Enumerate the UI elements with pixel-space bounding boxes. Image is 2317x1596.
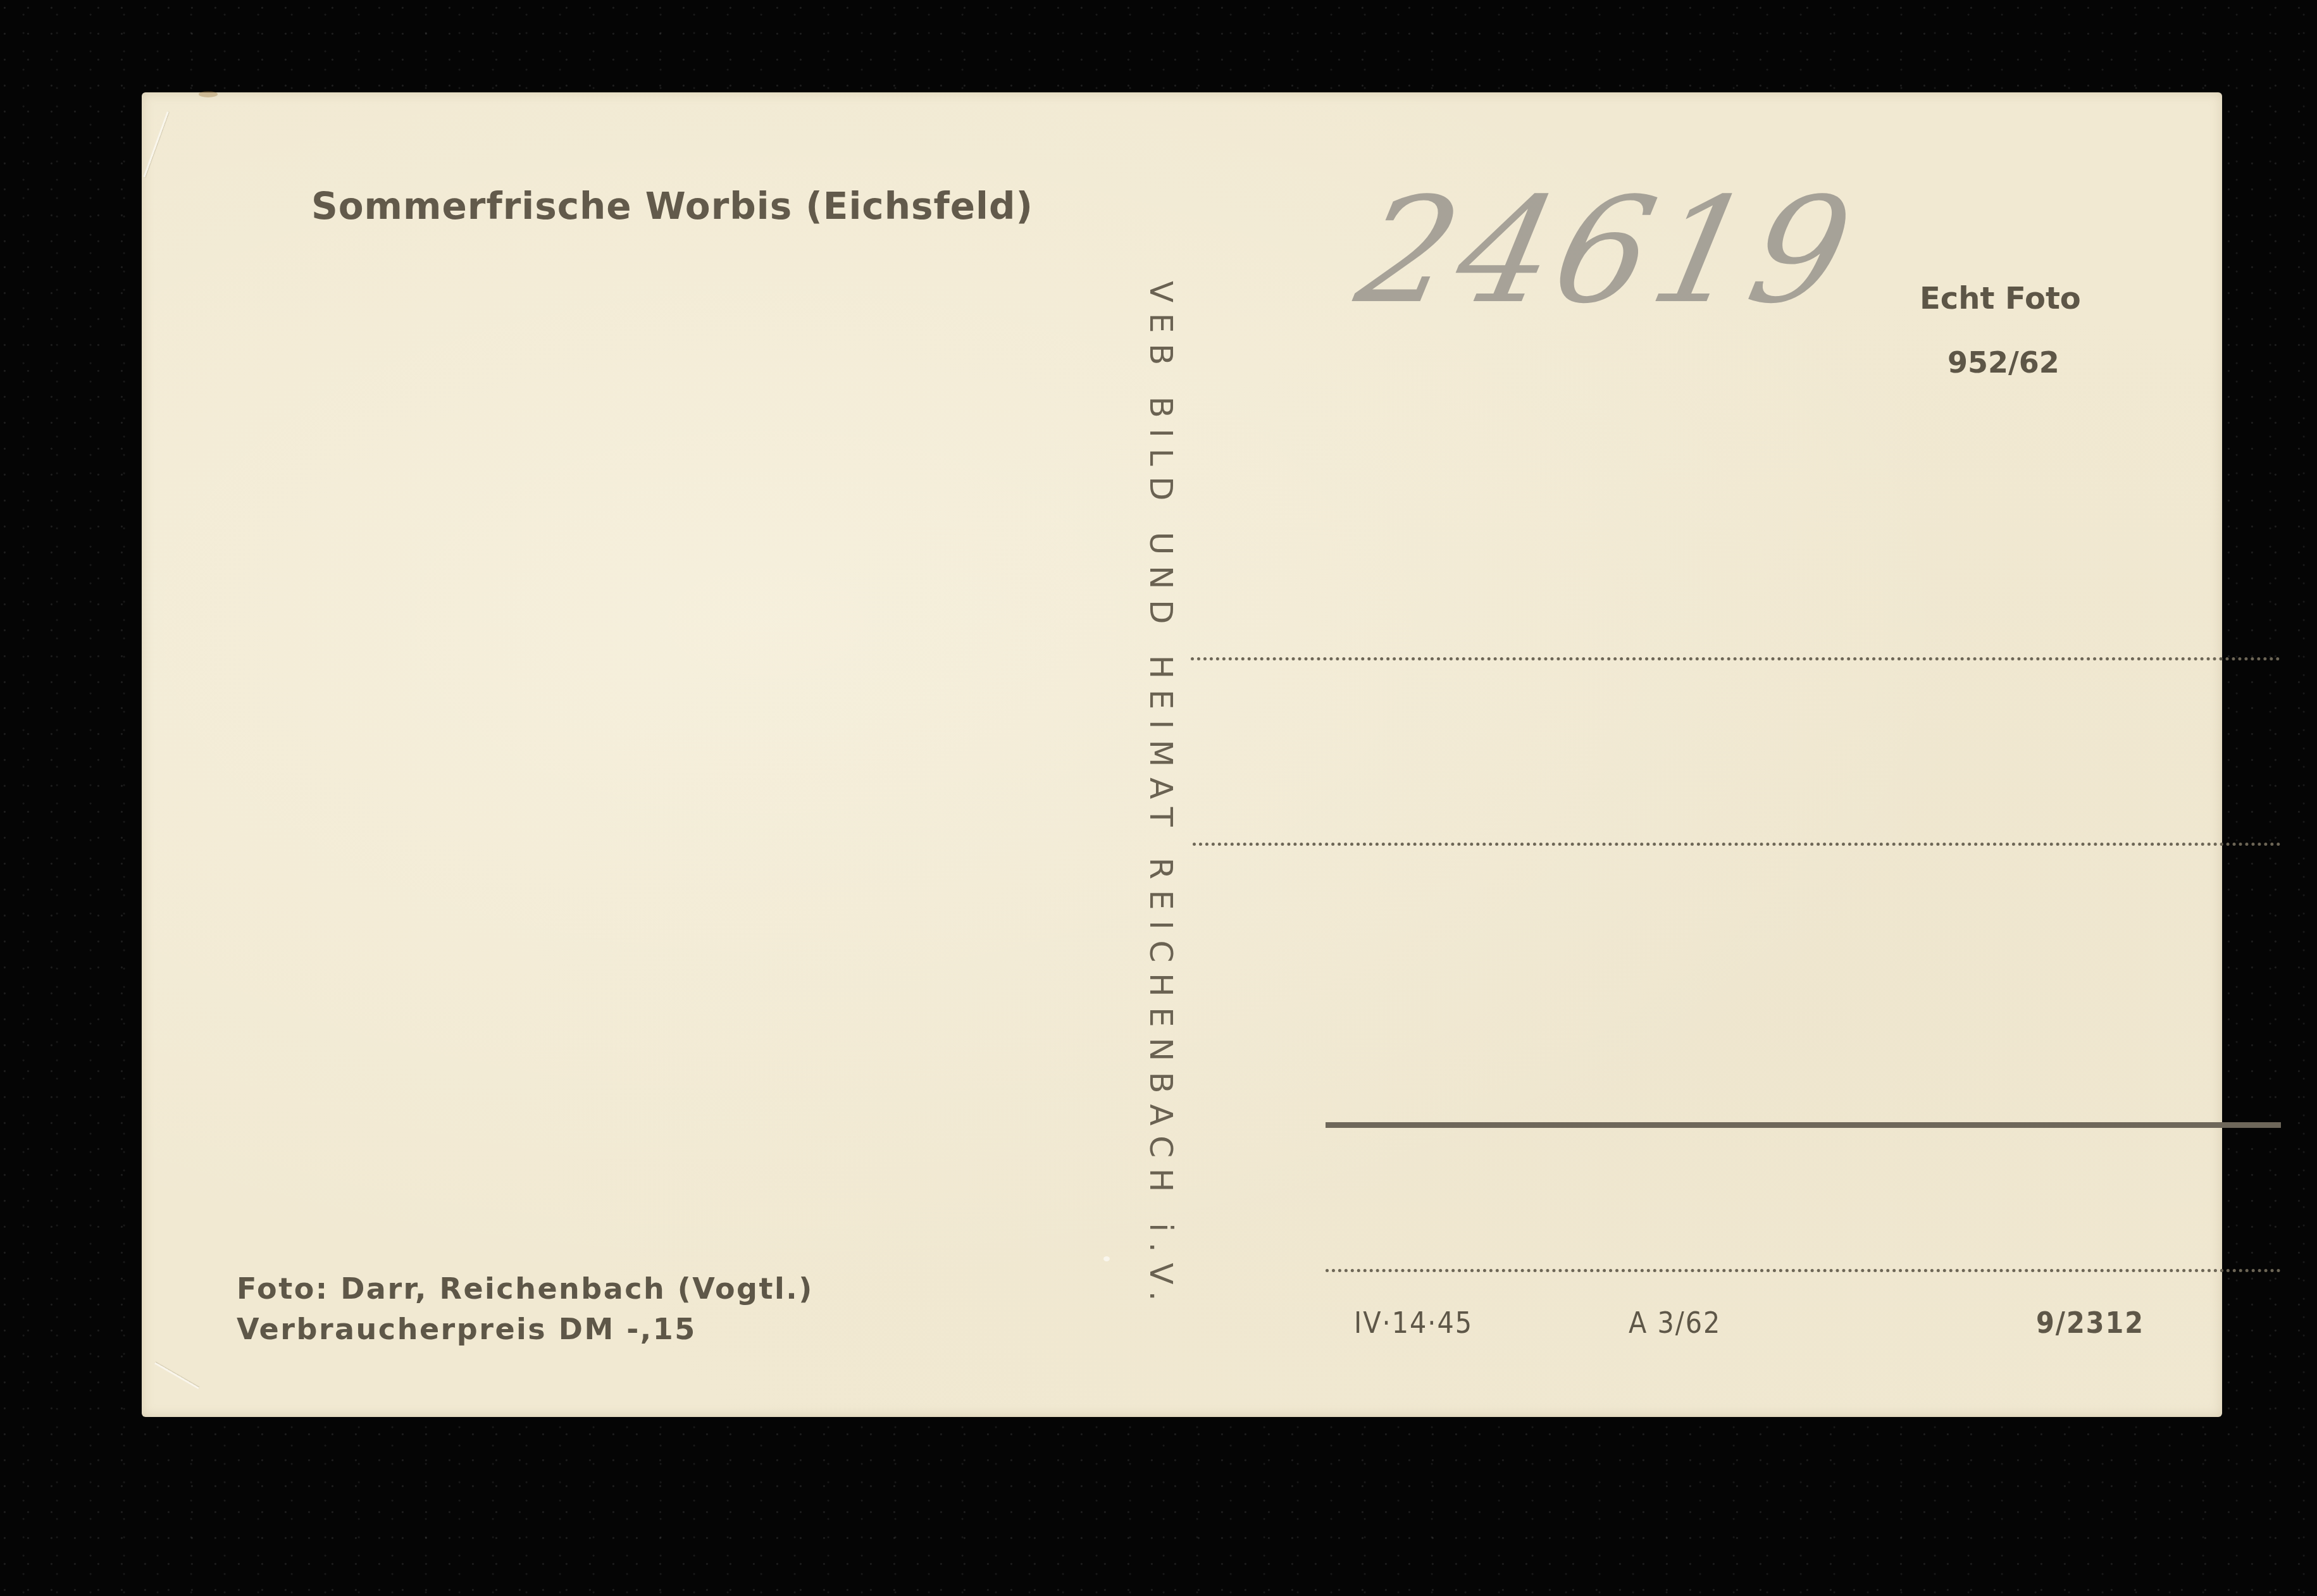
photo-number: 952/62	[1947, 345, 2059, 380]
echt-foto-label: Echt Foto	[1920, 281, 2081, 316]
edition-code: A 3/62	[1629, 1306, 1721, 1340]
edge-stain	[1103, 1256, 1110, 1261]
deckled-edge-top	[142, 87, 2222, 94]
address-line-3-solid	[1326, 1122, 2281, 1128]
license-code: IV·14·45	[1354, 1306, 1473, 1340]
catalog-code: 9/2312	[2036, 1306, 2144, 1340]
handwritten-pencil-number: 24619	[1345, 167, 1869, 336]
corner-crease-bottom-left	[154, 1362, 199, 1389]
corner-crease-top-left	[143, 111, 168, 177]
deckled-edge-bottom	[142, 1416, 2222, 1422]
postcard-title: Sommerfrische Worbis (Eichsfeld)	[311, 185, 1033, 228]
address-line-1-dotted	[1191, 657, 2280, 660]
consumer-price: Verbraucherpreis DM -,15	[237, 1312, 697, 1346]
postcard-back: Sommerfrische Worbis (Eichsfeld) Foto: D…	[142, 92, 2222, 1417]
address-line-4-dotted	[1326, 1269, 2281, 1272]
address-line-2-dotted	[1193, 843, 2281, 846]
publisher-imprint-vertical: VEB BILD UND HEIMAT REICHENBACH i.V.	[1143, 281, 1179, 1311]
edge-stain	[199, 91, 218, 97]
photo-credit: Foto: Darr, Reichenbach (Vogtl.)	[237, 1271, 814, 1306]
